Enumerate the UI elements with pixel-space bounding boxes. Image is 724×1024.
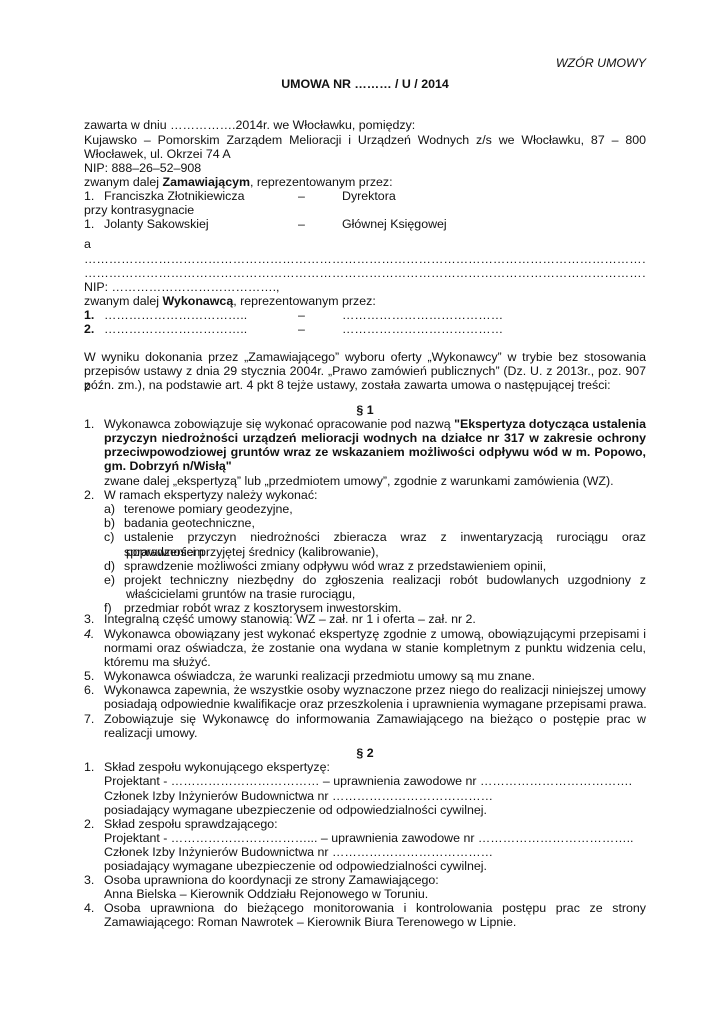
- s2-p2-line3: Członek Izby Inżynierów Budownictwa nr ……: [104, 845, 493, 860]
- s1-p1-line4: gm. Dobrzyń n/Wisłą": [104, 459, 232, 474]
- s2-p2-line1: Skład zespołu sprawdzającego:: [104, 817, 278, 832]
- subitem-letter: e): [104, 573, 115, 588]
- s1-p7-num: 7.: [84, 712, 94, 727]
- party2-blank-line2: ……………………………………………………………………………………………………………: [84, 266, 646, 281]
- party1-nip: NIP: 888–26–52–908: [84, 161, 201, 176]
- s2-p2-line2: Projektant - ……………………………... – uprawnieni…: [104, 831, 633, 846]
- party2-called: zwanym dalej Wykonawcą, reprezentowanym …: [84, 294, 376, 309]
- s2-p3-line2: Anna Bielska – Kierownik Oddziału Rejono…: [104, 887, 428, 902]
- and-label: a: [84, 237, 91, 252]
- s2-p1-line1: Skład zespołu wykonującego ekspertyzę:: [104, 760, 330, 775]
- subitem-letter: d): [104, 559, 115, 574]
- s1-p1-line5: zwane dalej „ekspertyzą” lub „przedmiote…: [104, 474, 614, 489]
- s2-p4-num: 4.: [84, 901, 94, 916]
- s2-p1-num: 1.: [84, 760, 94, 775]
- preamble-line1: W wyniku dokonania przez „Zamawiającego”…: [84, 350, 646, 365]
- s2-p1-line4: posiadający wymagane ubezpieczenie od od…: [104, 803, 487, 818]
- subitem-text: projekt techniczny niezbędny do zgłoszen…: [124, 573, 646, 588]
- contract-title: UMOWA NR ……… / U / 2014: [84, 77, 646, 92]
- countersign-label: przy kontrasygnacie: [84, 203, 194, 218]
- s1-p3-text: Integralną część umowy stanowią: WZ – za…: [104, 612, 476, 627]
- s1-p6-line2: posiadają odpowiednie kwalifikacje oraz …: [104, 697, 647, 712]
- party1-called: zwanym dalej Zamawiającym, reprezentowan…: [84, 175, 393, 190]
- intro-date-line: zawarta w dniu …………….2014r. we Włocławku…: [84, 118, 415, 133]
- s1-p4-line2: normami oraz oświadcza, że zostanie ona …: [104, 641, 646, 656]
- subitem-letter: c): [104, 530, 114, 545]
- s1-p4-line1: Wykonawca obowiązany jest wykonać eksper…: [104, 627, 646, 642]
- party1-address-line1: Kujawsko – Pomorskim Zarządem Melioracji…: [84, 133, 646, 148]
- s1-p2-text: W ramach ekspertyzy należy wykonać:: [104, 488, 317, 503]
- s1-p4-num: 4.: [84, 627, 94, 642]
- subitem-letter: a): [104, 502, 115, 517]
- s2-p2-num: 2.: [84, 817, 94, 832]
- s1-p2-num: 2.: [84, 488, 94, 503]
- s1-p1-line3: przeciwpowodziowej gruntów wraz ze wskaz…: [104, 445, 646, 460]
- s1-p6-line1: Wykonawca zapewnia, że wszystkie osoby w…: [104, 683, 646, 698]
- party1-address-line2: Włocławek, ul. Okrzei 74 A: [84, 147, 231, 162]
- section2-heading: § 2: [84, 746, 646, 761]
- s1-p4-line3: któremu ma służyć.: [104, 655, 211, 670]
- party2-blank-line1: ……………………………………………………………………………………………………………: [84, 252, 646, 267]
- s1-p3-num: 3.: [84, 612, 94, 627]
- s1-p5-num: 5.: [84, 669, 94, 684]
- s1-p5-text: Wykonawca oświadcza, że warunki realizac…: [104, 669, 535, 684]
- s2-p3-line1: Osoba uprawniona do koordynacji ze stron…: [104, 873, 439, 888]
- preamble-line3: późn. zm.), na podstawie art. 4 pkt 8 te…: [84, 378, 611, 393]
- s1-p7-line1: Zobowiązuje się Wykonawcę do informowani…: [104, 712, 646, 727]
- template-label: WZÓR UMOWY: [84, 56, 646, 71]
- subitem-text: sprawdzenie możliwości zmiany odpływu wó…: [124, 559, 546, 574]
- subitem-text: właścicielami gruntów na trasie rurociąg…: [126, 587, 355, 602]
- s1-p7-line2: realizacji umowy.: [104, 726, 197, 741]
- subitem-letter: b): [104, 516, 115, 531]
- subitem-text: terenowe pomiary geodezyjne,: [124, 502, 293, 517]
- subitem-text: poprawności przyjętej średnicy (kalibrow…: [126, 545, 379, 560]
- s1-p1-line1: Wykonawca zobowiązuje się wykonać opraco…: [104, 417, 646, 432]
- s1-p6-num: 6.: [84, 683, 94, 698]
- section1-heading: § 1: [84, 403, 646, 418]
- s2-p4-line2: Zamawiającego: Roman Nawrotek – Kierowni…: [104, 915, 516, 930]
- subitem-text: badania geotechniczne,: [124, 516, 255, 531]
- s2-p1-line3: Członek Izby Inżynierów Budownictwa nr ……: [104, 789, 493, 804]
- s1-p1-line2: przyczyn niedrożności urządzeń melioracj…: [104, 431, 646, 446]
- s2-p2-line4: posiadający wymagane ubezpieczenie od od…: [104, 859, 487, 874]
- s2-p1-line2: Projektant - ……………………………… – uprawnienia …: [104, 774, 632, 789]
- s2-p4-line1: Osoba uprawniona do bieżącego monitorowa…: [104, 901, 646, 916]
- party2-nip: NIP: ………………………………….,: [84, 280, 280, 295]
- s1-p1-num: 1.: [84, 417, 94, 432]
- s2-p3-num: 3.: [84, 873, 94, 888]
